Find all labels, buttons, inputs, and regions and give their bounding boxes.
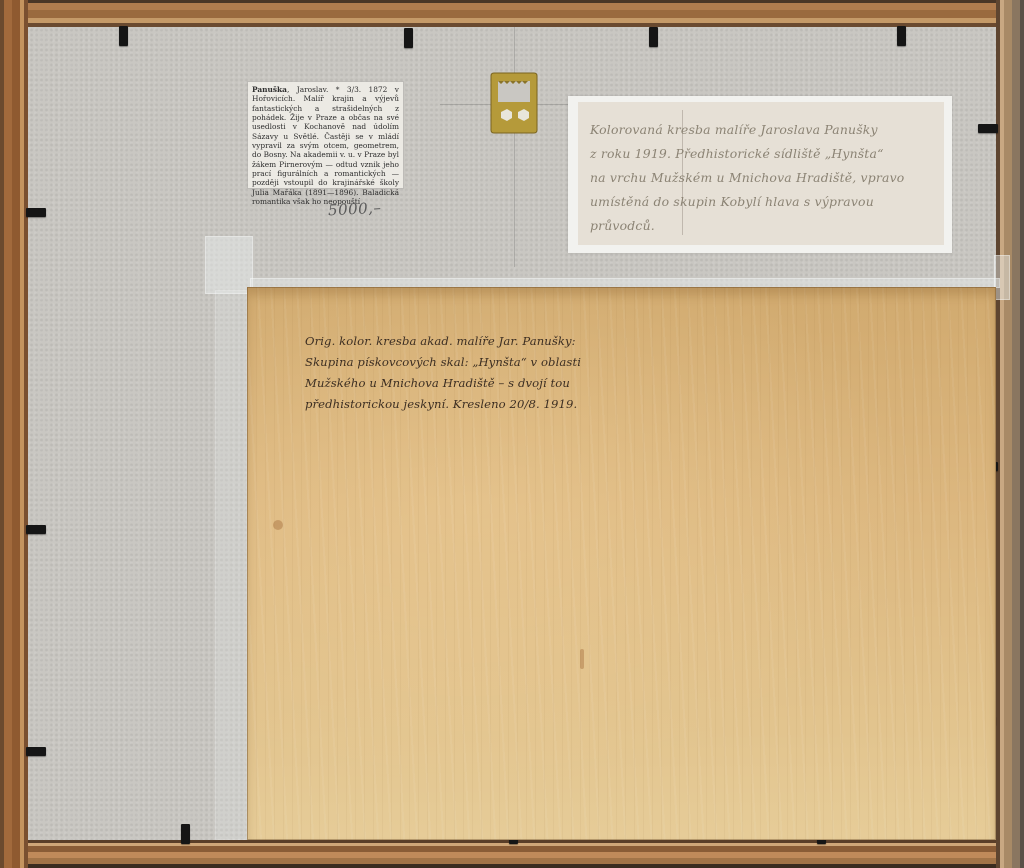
paper-stain	[580, 649, 584, 669]
fastener-clip-icon	[181, 824, 190, 844]
frame-top-rail	[0, 0, 1024, 27]
pencil-guide-line-vertical	[514, 27, 515, 267]
clipping-dates: * 3/3. 1872	[336, 85, 388, 94]
price-note: 5000,–	[328, 199, 382, 220]
adhesive-tape	[205, 236, 253, 294]
note-line: umístěná do skupin Kobylí hlava s výprav…	[590, 190, 930, 214]
fastener-clip-icon	[26, 747, 46, 756]
inscription-line: Orig. kolor. kresba akad. malíře Jar. Pa…	[305, 331, 605, 352]
clipping-body: v Hořovicích. Malíř krajin a výjevů fant…	[252, 85, 399, 206]
inscription-line: Skupina pískovcových skal: „Hynšta“ v ob…	[305, 352, 605, 373]
note-line: Kolorovaná kresba malíře Jaroslava Panuš…	[590, 118, 930, 142]
adhesive-tape	[994, 255, 1010, 300]
handwritten-note-card: Kolorovaná kresba malíře Jaroslava Panuš…	[568, 96, 952, 253]
fastener-clip-icon	[404, 28, 413, 48]
biography-clipping: Panuška, Jaroslav. * 3/3. 1872 v Hořovic…	[248, 82, 403, 188]
fastener-clip-icon	[897, 26, 906, 46]
fastener-clip-icon	[119, 26, 128, 46]
paper-stain	[273, 520, 283, 530]
sawtooth-hanger-icon	[485, 72, 543, 134]
note-line: z roku 1919. Předhistorické sídliště „Hy…	[590, 142, 930, 166]
note-line: na vrchu Mužském u Mnichova Hradiště, vp…	[590, 166, 930, 190]
fastener-clip-icon	[649, 27, 658, 47]
inscription-line: Mužského u Mnichova Hradiště – s dvojí t…	[305, 373, 605, 394]
frame-right-rail	[996, 0, 1024, 868]
frame-bottom-rail	[0, 840, 1024, 868]
fastener-clip-icon	[26, 525, 46, 534]
adhesive-tape	[215, 290, 247, 840]
inscription-line: předhistorickou jeskyní. Kresleno 20/8. …	[305, 394, 605, 415]
clipping-name-rest: , Jaroslav.	[287, 85, 328, 94]
frame-left-rail	[0, 0, 28, 868]
fastener-clip-icon	[978, 124, 998, 133]
note-line: průvodců.	[590, 214, 930, 238]
note-text: Kolorovaná kresba malíře Jaroslava Panuš…	[590, 118, 930, 238]
fastener-clip-icon	[26, 208, 46, 217]
drawing-back-paper: Orig. kolor. kresba akad. malíře Jar. Pa…	[247, 287, 996, 840]
drawing-inscription: Orig. kolor. kresba akad. malíře Jar. Pa…	[305, 331, 605, 415]
clipping-name: Panuška	[252, 85, 287, 94]
